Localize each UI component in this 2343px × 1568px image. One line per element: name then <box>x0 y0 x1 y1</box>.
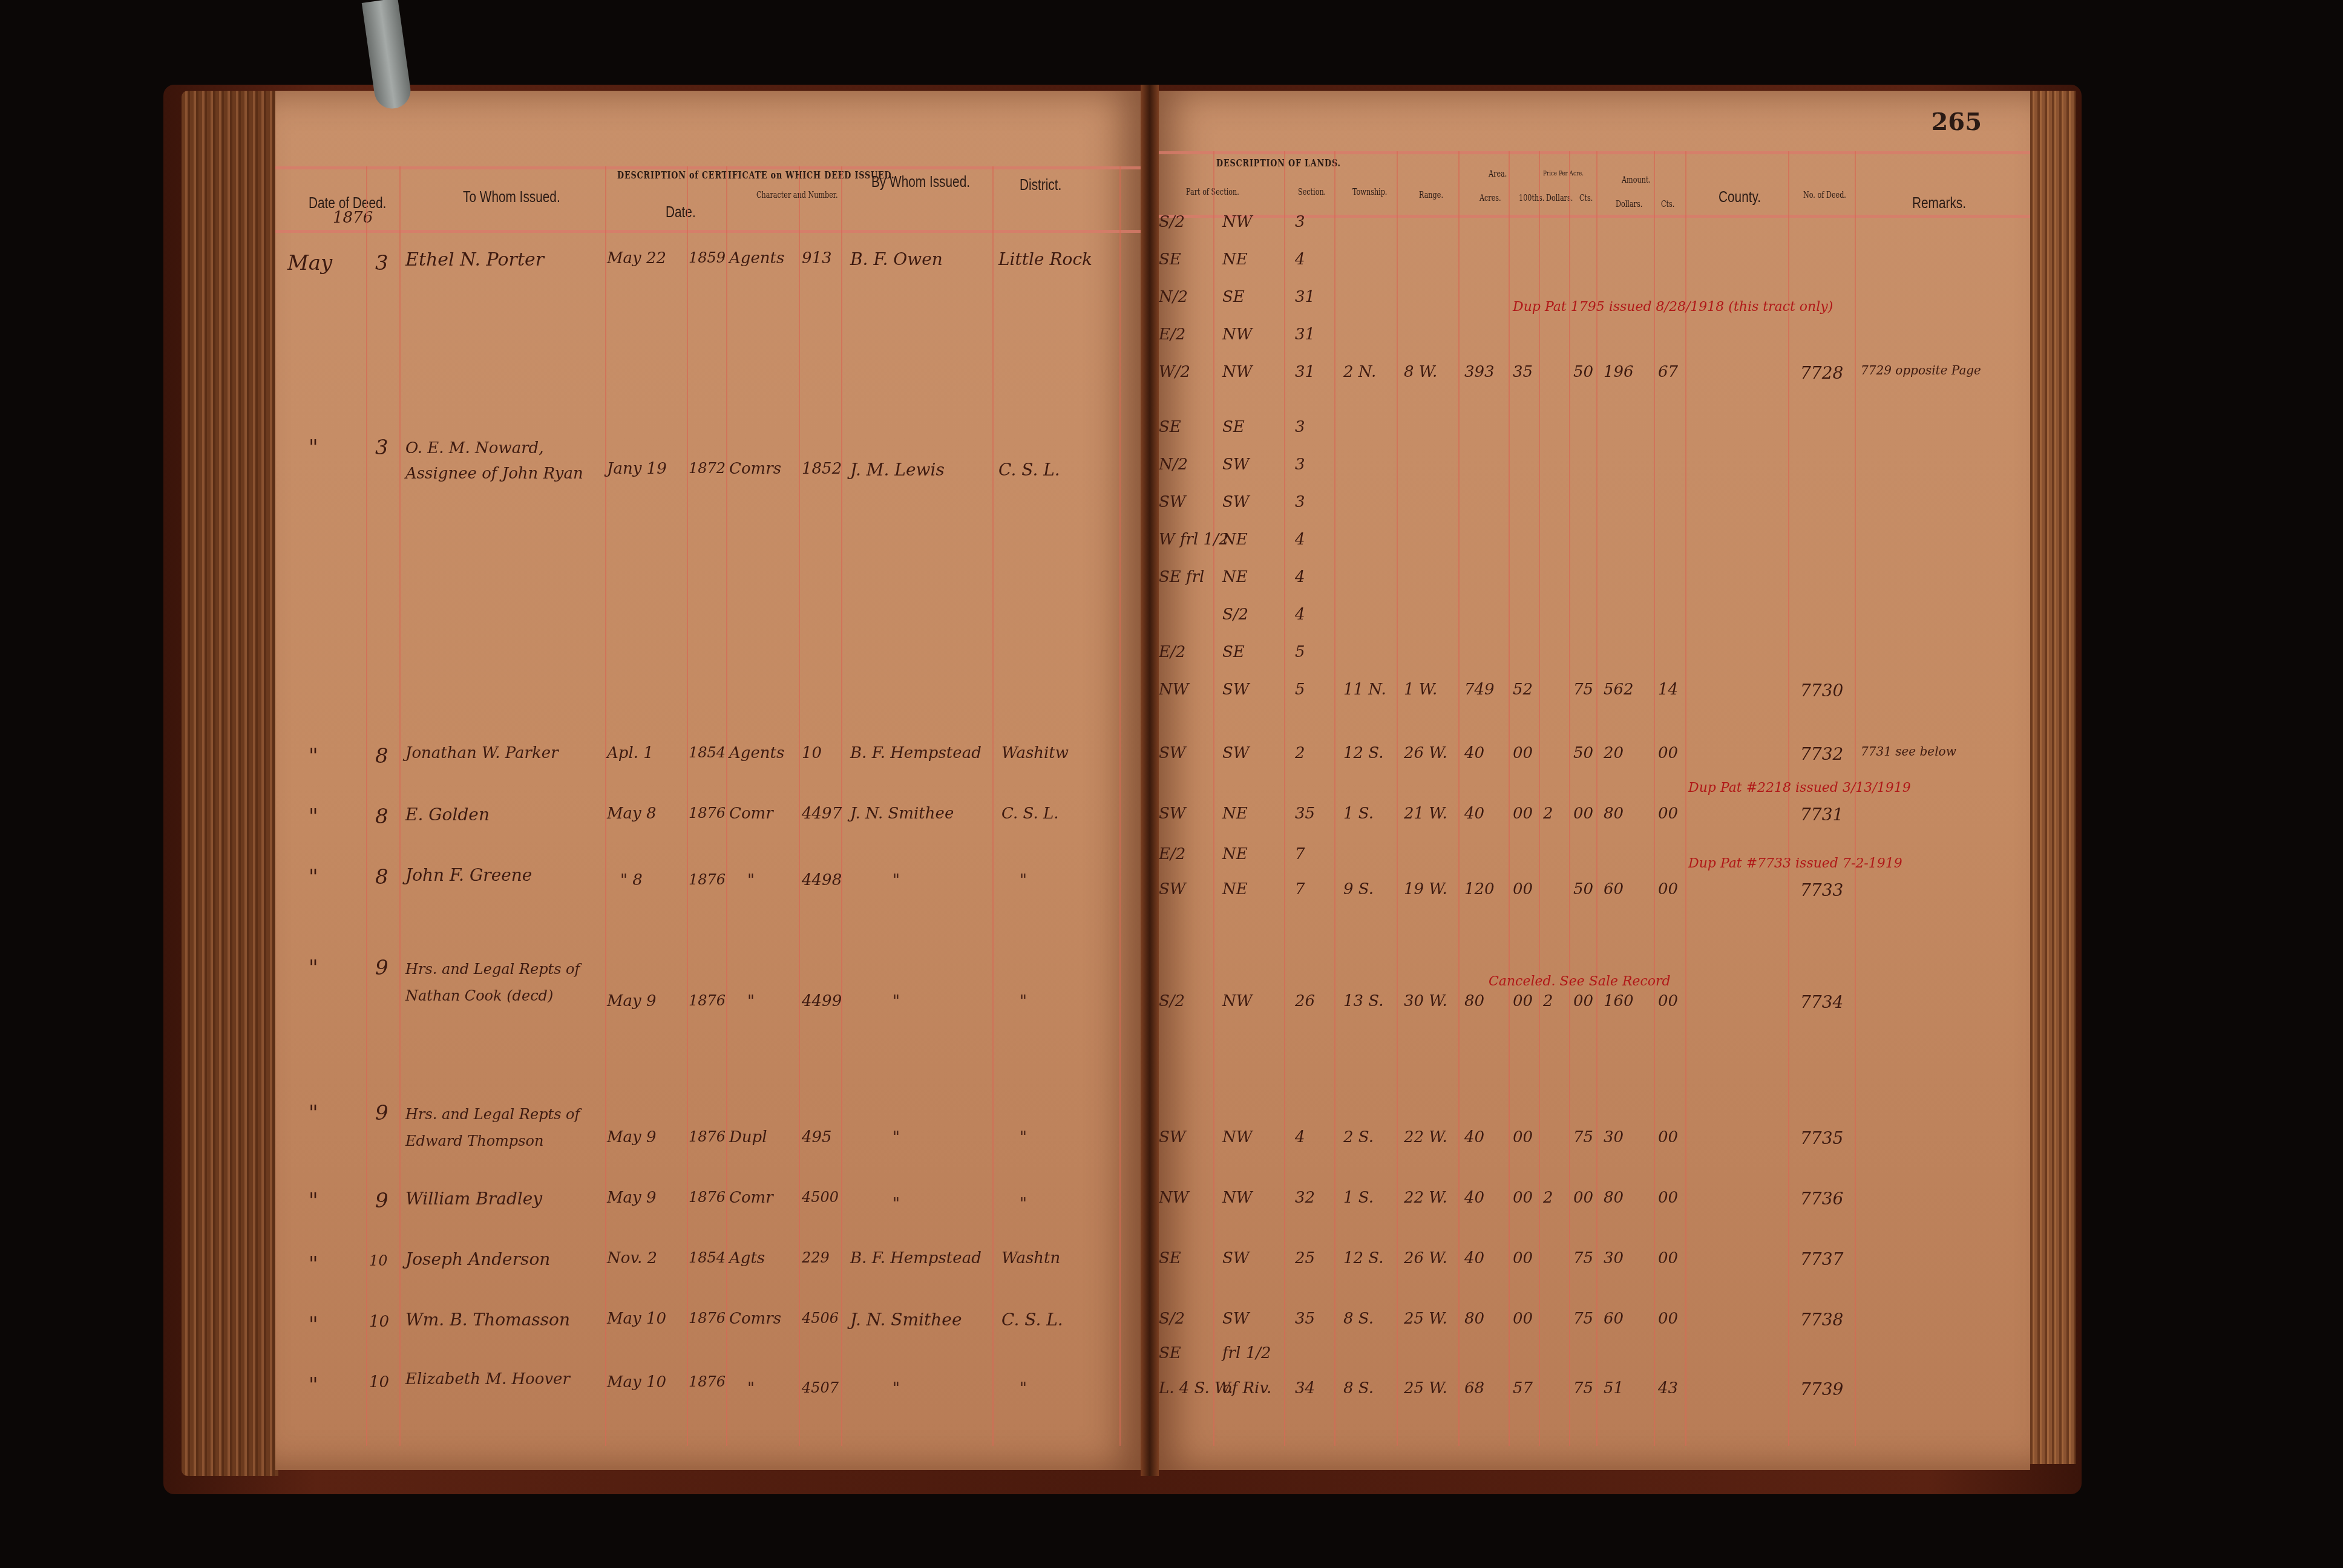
land-hundredths: 00 <box>1513 744 1533 762</box>
land-hundredths: 52 <box>1513 681 1533 699</box>
land-amount-cts: 00 <box>1658 880 1678 898</box>
header-top-rule <box>1150 151 2030 154</box>
entry-character: Agts <box>729 1249 765 1267</box>
land-amount-cts: 00 <box>1658 744 1678 762</box>
entry-to-whom: Hrs. and Legal Repts of Edward Thompson <box>405 1101 605 1154</box>
land-part: S/2 <box>1159 213 1185 231</box>
header-amount-group: Amount. <box>1622 175 1651 185</box>
header-bottom-rule <box>275 230 1147 233</box>
column-rule <box>992 166 994 1446</box>
land-price-dollars: 2 <box>1543 1189 1553 1207</box>
land-quarter: NE <box>1222 805 1248 823</box>
entry-cert-year: 1876 <box>689 1310 726 1327</box>
entry-month: " <box>309 865 318 889</box>
column-rule <box>1458 151 1460 1446</box>
entry-character: Dupl <box>729 1128 767 1146</box>
land-section: 5 <box>1295 643 1305 661</box>
entry-month: " <box>309 744 318 768</box>
column-rule <box>605 166 606 1446</box>
land-section: 4 <box>1295 568 1305 586</box>
entry-day: 3 <box>375 251 388 275</box>
column-rule <box>1509 151 1510 1446</box>
land-section: 31 <box>1295 363 1315 381</box>
entry-cert-year: 1859 <box>689 249 726 266</box>
entry-character: " <box>747 1379 755 1397</box>
land-acres: 40 <box>1464 1249 1484 1267</box>
land-part: NW <box>1159 681 1188 699</box>
page-edges-right <box>2027 91 2076 1464</box>
entry-cert-date: May 9 <box>607 992 657 1010</box>
column-rule <box>1788 151 1789 1446</box>
land-quarter: SW <box>1222 744 1250 762</box>
header-amount-dollars: Dollars. <box>1616 200 1642 209</box>
land-amount-dollars: 60 <box>1604 1310 1624 1328</box>
land-price-cts: 00 <box>1573 805 1593 823</box>
land-part: S/2 <box>1159 1310 1185 1328</box>
land-township: 12 S. <box>1343 1249 1384 1267</box>
land-range: 30 W. <box>1404 992 1447 1010</box>
column-rule <box>1569 151 1570 1446</box>
land-quarter: frl 1/2 <box>1222 1344 1271 1362</box>
entry-district: Little Rock <box>998 249 1092 269</box>
land-amount-cts: 00 <box>1658 1249 1678 1267</box>
land-hundredths: 57 <box>1513 1379 1533 1397</box>
land-section: 3 <box>1295 456 1305 474</box>
land-hundredths: 00 <box>1513 1249 1533 1267</box>
entry-number: 4497 <box>802 805 842 823</box>
land-quarter: S/2 <box>1222 606 1248 624</box>
entry-by-whom: B. F. Owen <box>850 249 943 269</box>
land-township: 2 S. <box>1343 1128 1374 1146</box>
land-section: 31 <box>1295 288 1315 306</box>
entry-cert-date: May 8 <box>607 805 657 823</box>
entry-number: 1852 <box>802 460 842 478</box>
land-part: SE <box>1159 1249 1181 1267</box>
entry-month: " <box>309 1252 318 1276</box>
land-section: 4 <box>1295 1128 1305 1146</box>
entry-district: " <box>1020 1128 1027 1146</box>
land-township: 2 N. <box>1343 363 1376 381</box>
header-acres: Acres. <box>1480 194 1501 203</box>
entry-district: C. S. L. <box>998 460 1060 480</box>
land-amount-dollars: 160 <box>1604 992 1634 1010</box>
entry-day: 8 <box>375 744 388 768</box>
entry-by-whom: " <box>893 871 900 889</box>
land-amount-dollars: 51 <box>1604 1379 1624 1397</box>
land-range: 8 W. <box>1404 363 1437 381</box>
header-county: County. <box>1719 188 1761 206</box>
land-amount-cts: 00 <box>1658 1310 1678 1328</box>
entry-district: " <box>1020 871 1027 889</box>
entry-month: " <box>309 805 318 829</box>
land-quarter: NE <box>1222 531 1248 549</box>
land-part: W/2 <box>1159 363 1190 381</box>
column-rule <box>799 166 800 1446</box>
entry-by-whom: B. F. Hempstead <box>850 1249 981 1267</box>
entry-cert-year: 1876 <box>689 1189 726 1206</box>
entry-cert-year: 1854 <box>689 744 726 761</box>
land-acres: 393 <box>1464 363 1495 381</box>
header-no-of-deed: No. of Deed. <box>1803 191 1846 200</box>
header-remarks: Remarks. <box>1912 194 1966 212</box>
land-part: NW <box>1159 1189 1188 1207</box>
column-rule <box>1397 151 1398 1446</box>
land-price-cts: 75 <box>1573 1310 1593 1328</box>
land-price-dollars: 2 <box>1543 805 1553 823</box>
book-gutter <box>1141 85 1159 1476</box>
entry-number: 495 <box>802 1128 832 1146</box>
land-quarter: SW <box>1222 1249 1250 1267</box>
land-township: 1 S. <box>1343 1189 1374 1207</box>
land-acres: 80 <box>1464 992 1484 1010</box>
entry-to-whom: Wm. B. Thomasson <box>405 1310 570 1330</box>
land-price-cts: 75 <box>1573 1249 1593 1267</box>
land-part: SW <box>1159 493 1186 511</box>
land-township: 9 S. <box>1343 880 1374 898</box>
land-section: 4 <box>1295 250 1305 269</box>
land-section: 7 <box>1295 845 1305 863</box>
land-price-cts: 75 <box>1573 681 1593 699</box>
column-rule <box>1596 151 1597 1446</box>
land-section: 3 <box>1295 418 1305 436</box>
header-to-whom-issued: To Whom Issued. <box>463 188 560 206</box>
entry-by-whom: J. M. Lewis <box>850 460 945 480</box>
entry-cert-year: 1876 <box>689 1128 726 1145</box>
column-rule <box>1855 151 1856 1446</box>
land-price-dollars: 2 <box>1543 992 1553 1010</box>
entry-month: " <box>309 1373 318 1397</box>
land-amount-cts: 00 <box>1658 1128 1678 1146</box>
entry-number: 229 <box>802 1249 830 1266</box>
entry-day: 10 <box>369 1373 389 1391</box>
entry-character: Agents <box>729 249 784 267</box>
land-quarter: NW <box>1222 363 1252 381</box>
entry-cert-date: Apl. 1 <box>607 744 654 762</box>
land-section: 35 <box>1295 805 1315 823</box>
entry-number: 4507 <box>802 1379 839 1396</box>
header-area-group: Area. <box>1489 169 1507 179</box>
land-part: E/2 <box>1159 325 1185 344</box>
land-amount-dollars: 80 <box>1604 1189 1624 1207</box>
land-section: 26 <box>1295 992 1315 1010</box>
remarks: 7729 opposite Page <box>1861 363 1981 377</box>
deed-number: 7734 <box>1800 992 1843 1012</box>
header-amount-cts: Cts. <box>1661 200 1674 209</box>
entry-district: " <box>1020 992 1027 1010</box>
land-range: 26 W. <box>1404 744 1447 762</box>
land-part: W frl 1/2 <box>1159 531 1228 549</box>
entry-to-whom: O. E. M. Noward, Assignee of John Ryan <box>405 436 599 486</box>
land-part: S/2 <box>1159 992 1185 1010</box>
entry-by-whom: " <box>893 1379 900 1397</box>
column-rule <box>1119 166 1121 1446</box>
entry-to-whom: Elizabeth M. Hoover <box>405 1370 570 1388</box>
land-quarter: NW <box>1222 992 1252 1010</box>
entry-to-whom: Hrs. and Legal Repts of Nathan Cook (dec… <box>405 956 605 1009</box>
entry-month: " <box>309 436 318 460</box>
header-character-number: Character and Number. <box>756 191 838 200</box>
land-amount-dollars: 562 <box>1604 681 1634 699</box>
land-quarter: SW <box>1222 681 1250 699</box>
land-quarter: SW <box>1222 1310 1250 1328</box>
entry-day: 10 <box>369 1252 388 1269</box>
entry-cert-date: " 8 <box>620 871 643 889</box>
deed-number: 7732 <box>1800 744 1843 764</box>
entry-district: " <box>1020 1379 1027 1397</box>
entry-district: C. S. L. <box>1001 805 1058 823</box>
land-acres: 40 <box>1464 1189 1484 1207</box>
page-number: 265 <box>1932 108 1982 136</box>
red-annotation: Canceled. See Sale Record <box>1489 974 1671 989</box>
land-range: 26 W. <box>1404 1249 1447 1267</box>
land-quarter: NW <box>1222 1128 1252 1146</box>
land-section: 7 <box>1295 880 1305 898</box>
entry-to-whom: John F. Greene <box>405 865 532 885</box>
entry-to-whom: E. Golden <box>405 805 490 825</box>
entry-by-whom: " <box>893 992 900 1010</box>
left-page: Date of Deed. 1876 To Whom Issued. DESCR… <box>275 91 1147 1470</box>
land-section: 3 <box>1295 493 1305 511</box>
column-rule <box>399 166 401 1446</box>
entry-number: 4498 <box>802 871 842 889</box>
land-range: 25 W. <box>1404 1310 1447 1328</box>
deed-number: 7736 <box>1800 1189 1843 1209</box>
entry-to-whom: Jonathan W. Parker <box>405 744 559 762</box>
land-amount-cts: 14 <box>1658 681 1678 699</box>
entry-day: 8 <box>375 805 388 829</box>
land-part: N/2 <box>1159 288 1188 306</box>
land-quarter: SE <box>1222 643 1245 661</box>
land-amount-dollars: 80 <box>1604 805 1624 823</box>
land-quarter: SE <box>1222 288 1245 306</box>
land-township: 13 S. <box>1343 992 1384 1010</box>
entry-month: " <box>309 1101 318 1125</box>
entry-character: " <box>747 871 755 889</box>
land-section: 4 <box>1295 531 1305 549</box>
entry-by-whom: " <box>893 1128 900 1146</box>
land-amount-cts: 00 <box>1658 992 1678 1010</box>
land-section: 32 <box>1295 1189 1315 1207</box>
entry-by-whom: J. N. Smithee <box>850 805 954 823</box>
deed-number: 7739 <box>1800 1379 1843 1399</box>
land-hundredths: 00 <box>1513 992 1533 1010</box>
land-hundredths: 00 <box>1513 880 1533 898</box>
entry-cert-date: May 10 <box>607 1373 666 1391</box>
land-acres: 40 <box>1464 744 1484 762</box>
land-quarter: SW <box>1222 456 1250 474</box>
entry-cert-date: May 9 <box>607 1189 657 1207</box>
page-edges-left <box>182 91 278 1476</box>
land-township: 11 N. <box>1343 681 1386 699</box>
header-lands-group: DESCRIPTION OF LANDS. <box>1216 157 1341 169</box>
land-price-cts: 50 <box>1573 880 1593 898</box>
header-part-of-section: Part of Section. <box>1186 188 1239 197</box>
header-hundredths: 100ths. <box>1519 194 1544 203</box>
land-section: 25 <box>1295 1249 1315 1267</box>
land-part: E/2 <box>1159 643 1185 661</box>
entry-cert-date: May 9 <box>607 1128 657 1146</box>
land-amount-dollars: 20 <box>1604 744 1624 762</box>
land-acres: 120 <box>1464 880 1495 898</box>
entry-day: 9 <box>375 1101 388 1125</box>
entry-month: " <box>309 956 318 980</box>
land-range: 22 W. <box>1404 1189 1447 1207</box>
land-range: 25 W. <box>1404 1379 1447 1397</box>
land-quarter: SE <box>1222 418 1245 436</box>
land-price-cts: 50 <box>1573 363 1593 381</box>
land-quarter: NE <box>1222 250 1248 269</box>
entry-character: Agents <box>729 744 784 762</box>
entry-cert-year: 1876 <box>689 1373 726 1390</box>
entry-day: 8 <box>375 865 388 889</box>
red-annotation: Dup Pat #7733 issued 7-2-1919 <box>1688 856 1902 871</box>
land-acres: 80 <box>1464 1310 1484 1328</box>
land-hundredths: 00 <box>1513 1310 1533 1328</box>
land-part: SW <box>1159 880 1186 898</box>
remarks: 7731 see below <box>1861 744 1956 759</box>
land-price-cts: 00 <box>1573 992 1593 1010</box>
column-rule <box>1654 151 1655 1446</box>
header-by-whom-issued: By Whom Issued. <box>871 172 970 191</box>
entry-character: " <box>747 992 755 1010</box>
deed-number: 7728 <box>1800 363 1843 383</box>
entry-character: Comrs <box>729 1310 781 1328</box>
header-price-cts: Cts. <box>1579 194 1593 203</box>
entry-district: " <box>1020 1195 1027 1213</box>
land-part: SE frl <box>1159 568 1204 586</box>
land-section: 5 <box>1295 681 1305 699</box>
entry-cert-date: Nov. 2 <box>607 1249 657 1267</box>
entry-by-whom: B. F. Hempstead <box>850 744 981 762</box>
red-annotation: Dup Pat #2218 issued 3/13/1919 <box>1688 780 1911 795</box>
land-part: E/2 <box>1159 845 1185 863</box>
column-rule <box>726 166 727 1446</box>
entry-number: 913 <box>802 249 832 267</box>
entry-cert-year: 1876 <box>689 992 726 1009</box>
entry-cert-date: Jany 19 <box>607 460 667 478</box>
land-part: SE <box>1159 418 1181 436</box>
land-amount-dollars: 30 <box>1604 1128 1624 1146</box>
header-price-group: Price Per Acre. <box>1543 169 1584 177</box>
column-rule <box>1539 151 1540 1446</box>
land-amount-cts: 00 <box>1658 1189 1678 1207</box>
land-part: SE <box>1159 1344 1181 1362</box>
column-rule <box>1213 151 1214 1446</box>
land-township: 8 S. <box>1343 1310 1374 1328</box>
land-section: 3 <box>1295 213 1305 231</box>
land-part: SW <box>1159 805 1186 823</box>
land-quarter: NW <box>1222 1189 1252 1207</box>
entry-month: May <box>287 251 332 275</box>
header-section: Section. <box>1298 188 1326 197</box>
land-township: 8 S. <box>1343 1379 1374 1397</box>
land-section: 34 <box>1295 1379 1315 1397</box>
entry-day: 10 <box>369 1313 389 1331</box>
land-part: SE <box>1159 250 1181 269</box>
entry-number: 4506 <box>802 1310 839 1327</box>
land-section: 4 <box>1295 606 1305 624</box>
land-amount-dollars: 30 <box>1604 1249 1624 1267</box>
land-amount-cts: 67 <box>1658 363 1678 381</box>
land-amount-cts: 43 <box>1658 1379 1678 1397</box>
deed-number: 7735 <box>1800 1128 1843 1148</box>
land-quarter: NE <box>1222 880 1248 898</box>
land-hundredths: 00 <box>1513 805 1533 823</box>
land-acres: 749 <box>1464 681 1495 699</box>
column-rule <box>1685 151 1686 1446</box>
entry-cert-year: 1876 <box>689 805 726 822</box>
entry-day: 9 <box>375 956 388 980</box>
entry-day: 3 <box>375 436 388 460</box>
land-amount-cts: 00 <box>1658 805 1678 823</box>
header-cert-date: Date. <box>666 203 696 221</box>
entry-by-whom: " <box>893 1195 900 1213</box>
entry-month: " <box>309 1189 318 1213</box>
land-price-cts: 00 <box>1573 1189 1593 1207</box>
land-hundredths: 35 <box>1513 363 1533 381</box>
deed-number: 7737 <box>1800 1249 1843 1269</box>
land-price-cts: 50 <box>1573 744 1593 762</box>
land-quarter: NW <box>1222 325 1252 344</box>
entry-day: 9 <box>375 1189 388 1213</box>
land-acres: 68 <box>1464 1379 1484 1397</box>
entry-cert-date: May 22 <box>607 249 666 267</box>
entry-by-whom: J. N. Smithee <box>850 1310 962 1330</box>
land-quarter: of Riv. <box>1222 1379 1271 1397</box>
land-amount-dollars: 196 <box>1604 363 1634 381</box>
land-acres: 40 <box>1464 1128 1484 1146</box>
column-rule <box>687 166 688 1446</box>
land-hundredths: 00 <box>1513 1128 1533 1146</box>
entry-to-whom: Joseph Anderson <box>405 1249 550 1269</box>
deed-number: 7733 <box>1800 880 1843 900</box>
land-price-cts: 75 <box>1573 1379 1593 1397</box>
deed-number: 7730 <box>1800 681 1843 701</box>
column-rule <box>1334 151 1335 1446</box>
entry-character: Comrs <box>729 460 781 478</box>
land-quarter: SW <box>1222 493 1250 511</box>
land-quarter: NE <box>1222 845 1248 863</box>
header-district: District. <box>1020 175 1061 194</box>
land-amount-dollars: 60 <box>1604 880 1624 898</box>
land-township: 12 S. <box>1343 744 1384 762</box>
land-part: SW <box>1159 1128 1186 1146</box>
header-range: Range. <box>1419 191 1443 200</box>
land-range: 21 W. <box>1404 805 1447 823</box>
entry-to-whom: Ethel N. Porter <box>405 249 544 270</box>
entry-district: Washitw <box>1001 744 1069 762</box>
column-rule <box>366 166 367 1446</box>
land-range: 1 W. <box>1404 681 1437 699</box>
header-certificate-group: DESCRIPTION of CERTIFICATE on WHICH DEED… <box>617 169 894 181</box>
red-annotation: Dup Pat 1795 issued 8/28/1918 (this trac… <box>1513 299 1833 315</box>
entry-cert-year: 1876 <box>689 871 726 888</box>
column-rule <box>1284 151 1285 1446</box>
land-section: 31 <box>1295 325 1315 344</box>
land-range: 19 W. <box>1404 880 1447 898</box>
entry-to-whom: William Bradley <box>405 1189 542 1209</box>
entry-district: C. S. L. <box>1001 1310 1063 1330</box>
land-section: 2 <box>1295 744 1305 762</box>
land-quarter: NW <box>1222 213 1252 231</box>
land-section: 35 <box>1295 1310 1315 1328</box>
land-acres: 40 <box>1464 805 1484 823</box>
entry-cert-year: 1854 <box>689 1249 726 1266</box>
land-township: 1 S. <box>1343 805 1374 823</box>
land-price-cts: 75 <box>1573 1128 1593 1146</box>
land-part: SW <box>1159 744 1186 762</box>
header-bottom-rule <box>1150 215 2030 218</box>
